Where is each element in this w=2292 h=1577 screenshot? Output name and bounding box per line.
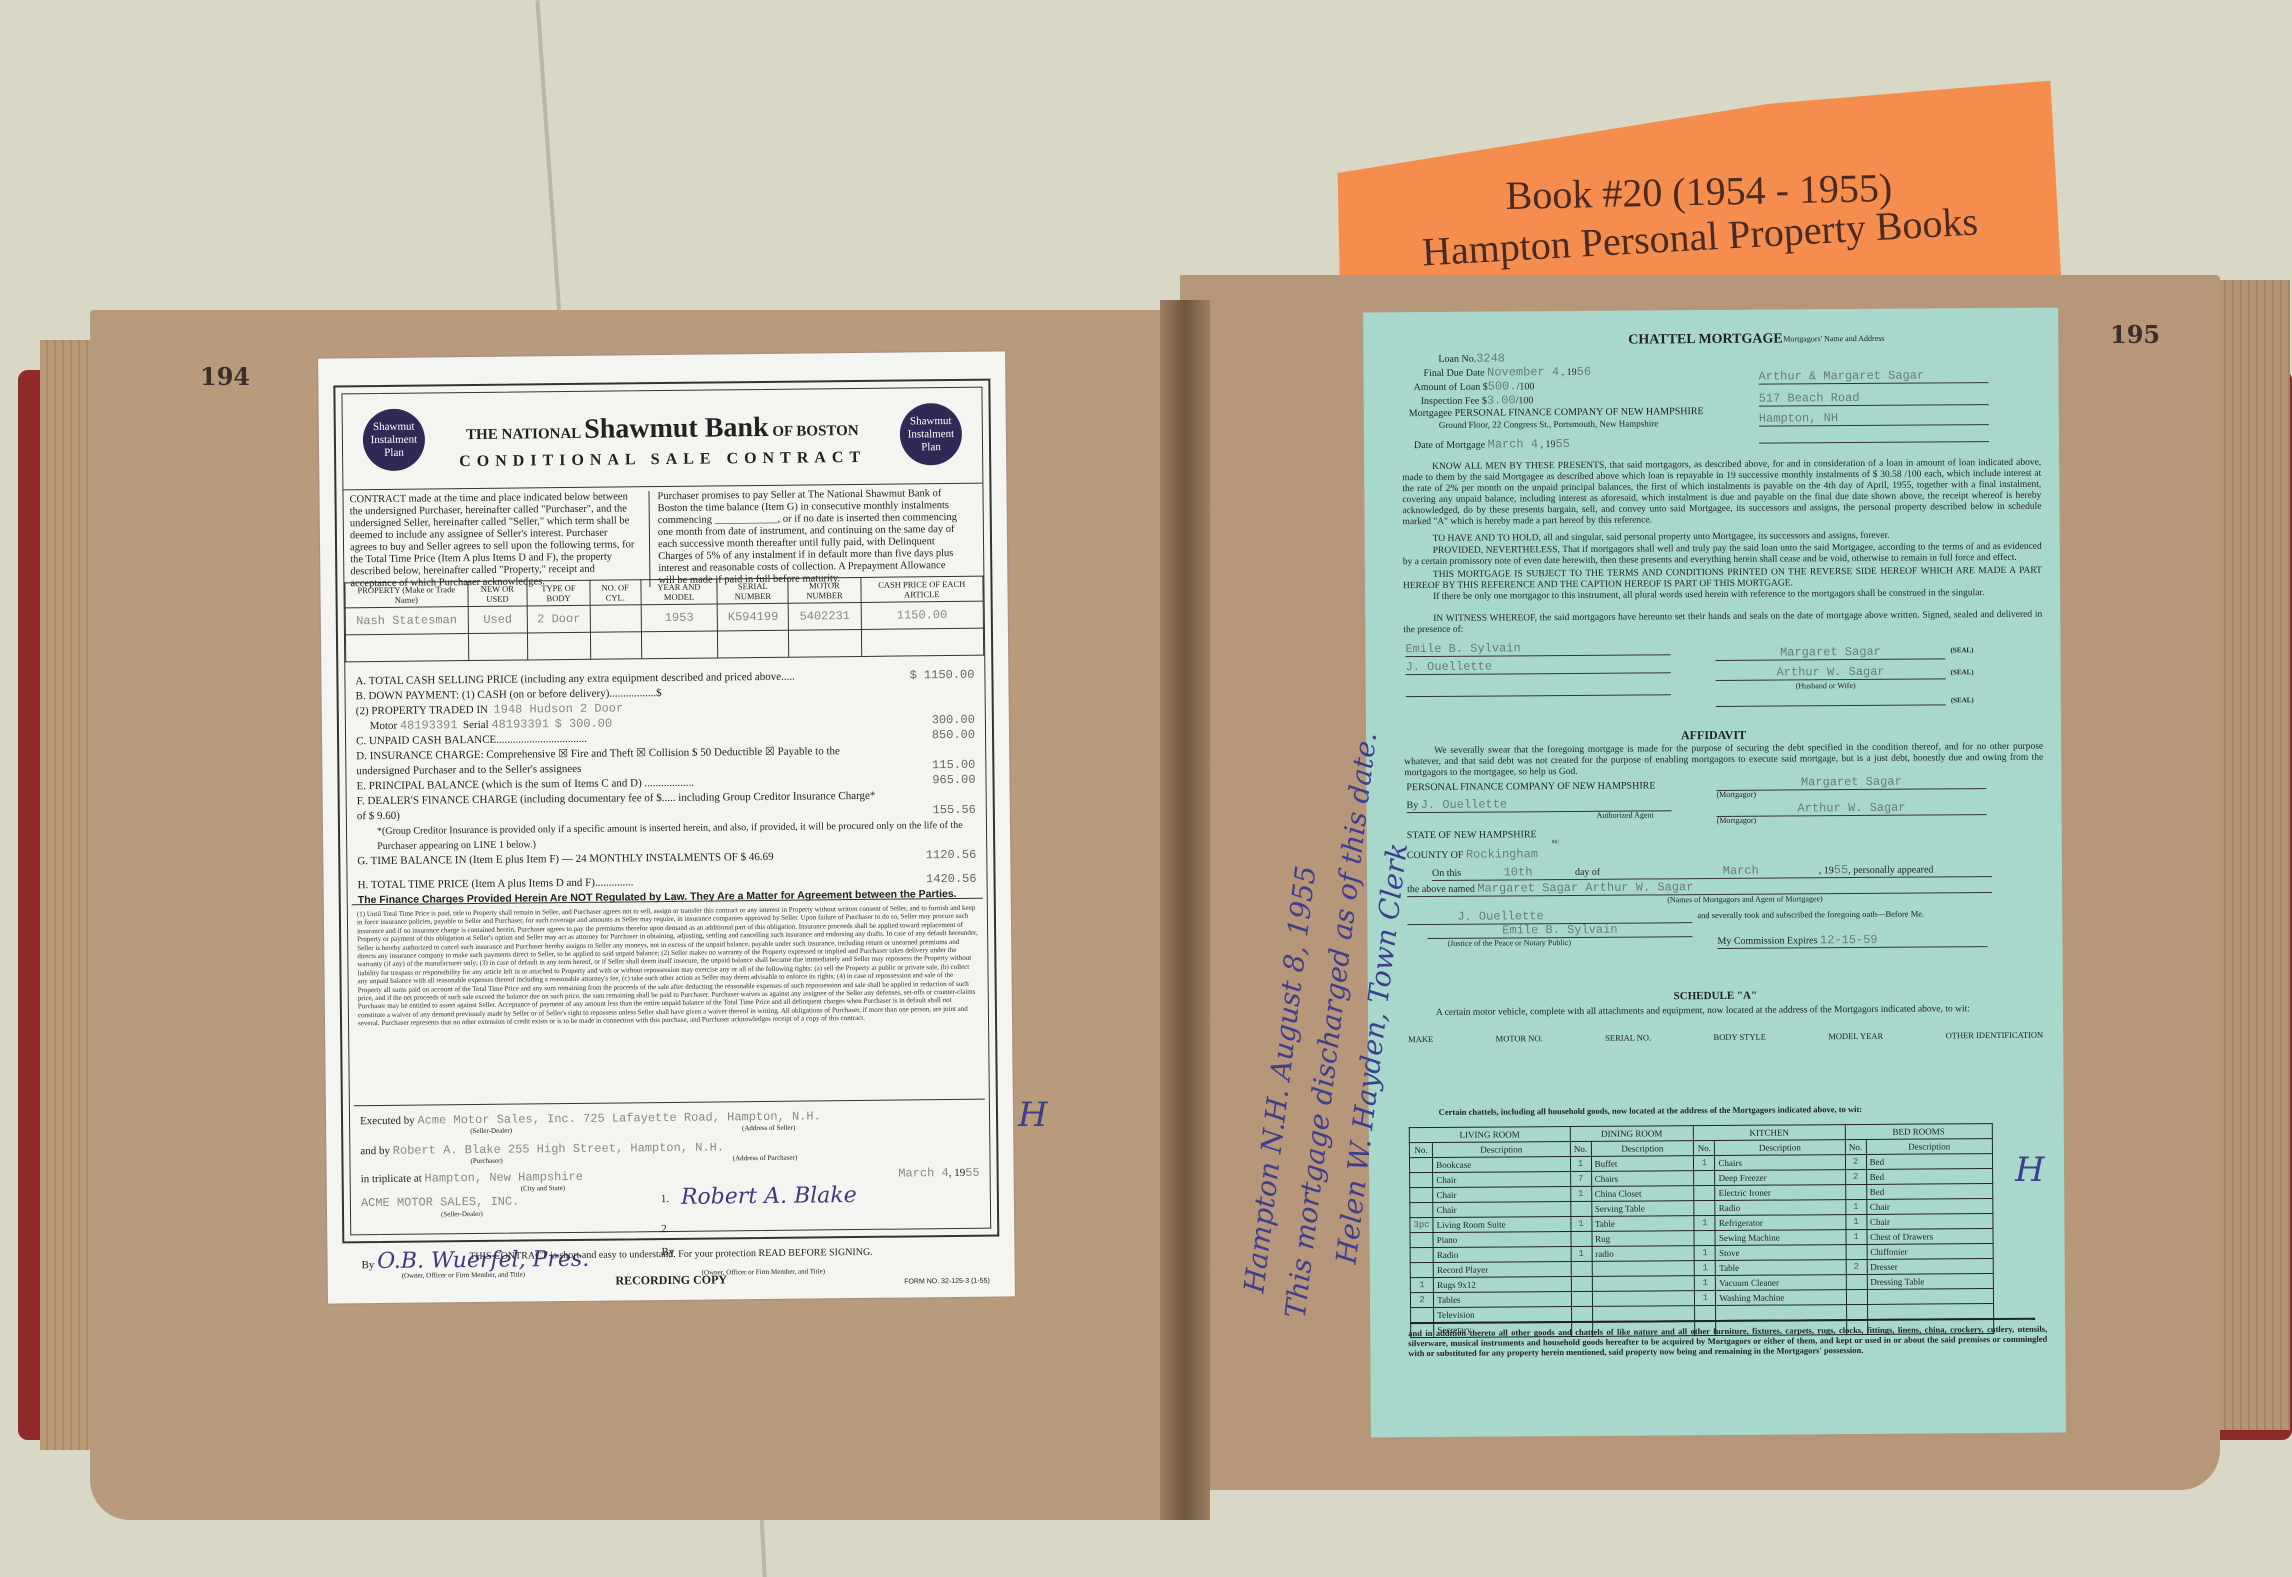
item-c-value: 850.00	[932, 728, 975, 743]
mortgage-body-witness: IN WITNESS WHEREOF, the said mortgagors …	[1403, 610, 2042, 636]
col-year: YEAR AND MODEL	[641, 579, 718, 605]
col-cyl: NO. OF CYL.	[590, 580, 641, 606]
mortgage-title: CHATTEL MORTGAGE	[1628, 332, 1783, 349]
table-seam	[535, 0, 564, 359]
item-c-label: C. UNPAID CASH BALANCE..................…	[356, 733, 587, 747]
form-number: FORM NO. 32-125-3 (1-55)	[904, 1278, 990, 1286]
schedule-title: SCHEDULE "A"	[1368, 988, 2063, 1005]
item-f-value: 155.56	[933, 803, 976, 818]
item-a-value: $ 1150.00	[910, 668, 975, 684]
chattels-text: Certain chattels, including all househol…	[1439, 1104, 1862, 1117]
item-h-label: H. TOTAL TIME PRICE (Item A plus Items D…	[358, 876, 634, 891]
mortgagor-name: Arthur & Margaret Sagar	[1758, 369, 1924, 384]
contract-header: Shawmut Instalment Plan Shawmut Instalme…	[342, 388, 982, 491]
item-g-label: G. TIME BALANCE IN (Item E plus Item F) …	[357, 851, 773, 867]
page-stack-right	[2210, 280, 2290, 1430]
col-property: PROPERTY (Make or Trade Name)	[345, 582, 468, 608]
item-h-value: 1420.56	[926, 872, 977, 888]
loan-number: 3248	[1476, 351, 1505, 365]
item-b-value: 300.00	[932, 713, 975, 728]
handwritten-mark-right: H	[2015, 1150, 2045, 1190]
trade-in-serial: 48193391	[491, 717, 549, 732]
commission-expires: 12-15-59	[1820, 933, 1878, 947]
vehicle-headers: MAKE MOTOR NO. SERIAL NO. BODY STYLE MOD…	[1408, 1030, 2043, 1044]
ack-month: March	[1723, 864, 1759, 878]
signer-1: Margaret Sagar	[1780, 645, 1881, 660]
item-b-label: B. DOWN PAYMENT: (1) CASH (on or before …	[356, 687, 662, 702]
dealer-name: ACME MOTOR SALES, INC.	[361, 1195, 520, 1211]
handwritten-mark-left: H	[1018, 1095, 1048, 1135]
above-named: Margaret Sagar Arthur W. Sagar	[1477, 880, 1693, 896]
col-new-used: NEW OR USED	[467, 581, 527, 607]
contract-title: CONDITIONAL SALE CONTRACT	[343, 448, 982, 473]
item-g-value: 1120.56	[926, 848, 977, 864]
item-b2-label: (2) PROPERTY TRADED IN	[356, 704, 488, 717]
signer-2: Arthur W. Sagar	[1777, 665, 1885, 680]
notary: Emile B. Sylvain	[1502, 923, 1617, 938]
ack-day: 10th	[1504, 865, 1533, 879]
county: Rockingham	[1466, 847, 1538, 862]
trade-in-amount: $ 300.00	[554, 717, 612, 732]
inspection-fee: 3.00	[1487, 393, 1516, 407]
contract-border: Shawmut Instalment Plan Shawmut Instalme…	[333, 379, 999, 1244]
page-number-right: 195	[2110, 320, 2160, 349]
loan-amount: 500.	[1488, 379, 1517, 393]
col-serial: SERIAL NUMBER	[717, 578, 788, 604]
contract-date: March 4	[898, 1166, 949, 1181]
mortgagor-city: Hampton, NH	[1759, 411, 1838, 426]
bank-name-text: Shawmut Bank	[584, 412, 769, 445]
table-row	[345, 628, 983, 662]
mortgagee-address: Ground Floor, 22 Congress St., Portsmout…	[1439, 418, 1658, 430]
col-body: TYPE OF BODY	[527, 580, 590, 606]
item-e-value: 965.00	[932, 773, 975, 788]
mortgage-body-main: KNOW ALL MEN BY THESE PRESENTS, that sai…	[1402, 458, 2041, 528]
final-due-date: November 4	[1487, 365, 1559, 380]
contract-execution: Executed by Acme Motor Sales, Inc. 725 L…	[360, 1108, 979, 1114]
bank-suffix: OF BOSTON	[772, 423, 858, 440]
trade-in-motor: 48193391	[400, 718, 458, 733]
bank-name: THE NATIONAL Shawmut Bank OF BOSTON	[343, 410, 982, 449]
trade-in-make: 1948 Hudson 2 Door	[493, 701, 623, 716]
item-d-label: D. INSURANCE CHARGE: Comprehensive ☒ Fir…	[356, 745, 840, 777]
contract-intro-left: CONTRACT made at the time and place indi…	[349, 491, 635, 590]
mortgagors-header: Mortgagors' Name and Address	[1783, 334, 1884, 344]
chattels-table: LIVING ROOM DINING ROOM KITCHEN BED ROOM…	[1409, 1123, 1994, 1338]
mortgagor-street: 517 Beach Road	[1759, 391, 1860, 406]
mortgage-date: March 4	[1488, 437, 1539, 451]
item-f-label: F. DEALER'S FINANCE CHARGE (including do…	[357, 790, 876, 822]
page-number-left: 194	[200, 362, 250, 391]
closing-text: and in addition thereto all other goods …	[1408, 1324, 2047, 1358]
bank-prefix: THE NATIONAL	[466, 426, 581, 443]
contract-price-items: A. TOTAL CASH SELLING PRICE (including a…	[355, 668, 976, 908]
agent-2: J. Ouellette	[1457, 909, 1544, 924]
item-d-value: 115.00	[932, 758, 975, 773]
mortgagee: Mortgagee PERSONAL FINANCE COMPANY OF NE…	[1409, 406, 1704, 419]
item-e-label: E. PRINCIPAL BALANCE (which is the sum o…	[356, 777, 694, 793]
contract-terms: (1) Until Total Time Price is paid, titl…	[352, 898, 985, 1107]
col-motor: MOTOR NUMBER	[788, 577, 860, 603]
col-price: CASH PRICE OF EACH ARTICLE	[860, 576, 983, 602]
book-gutter	[1160, 300, 1210, 1520]
mortgage-body-proviso: PROVIDED, NEVERTHELESS, That if mortgago…	[1403, 542, 2042, 568]
schedule-text: A certain motor vehicle, complete with a…	[1406, 1004, 2045, 1019]
conditional-sale-contract: Shawmut Instalment Plan Shawmut Instalme…	[318, 351, 1015, 1303]
property-table: PROPERTY (Make or Trade Name) NEW OR USE…	[344, 576, 984, 663]
contract-intro-right: Purchaser promises to pay Seller at The …	[648, 488, 958, 587]
